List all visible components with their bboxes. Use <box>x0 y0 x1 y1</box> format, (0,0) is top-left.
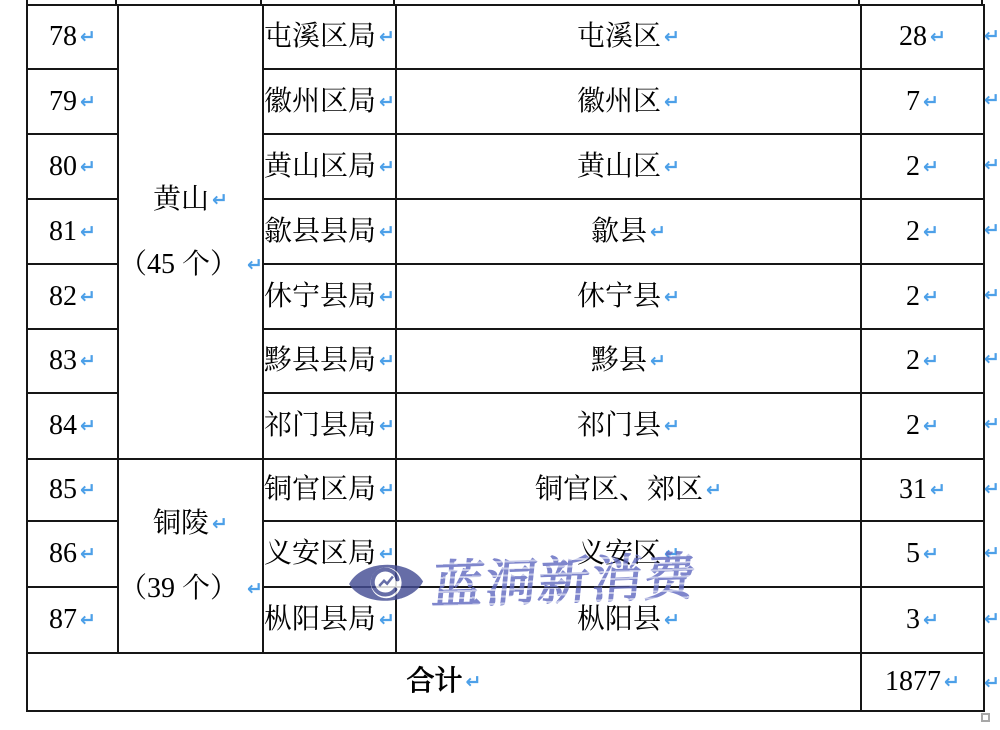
city-group-count-line: （45 个）↵ <box>119 232 262 297</box>
cell-total-label: 合计↵ <box>27 653 861 711</box>
district-name: 黄山区 <box>577 151 661 182</box>
cell-row-number: 82↵ <box>27 264 118 329</box>
row-number: 80 <box>49 151 77 182</box>
table-row: 85↵ 铜陵↵ （39 个）↵ 铜官区局↵ 铜官区、郊区↵ 31↵ <box>27 459 984 521</box>
district-name: 休宁县 <box>577 281 661 312</box>
city-group-count: （45 个） <box>119 249 238 280</box>
paragraph-mark-icon: ↵ <box>80 26 96 49</box>
region-count-table: 78↵ 黄山↵ （45 个）↵ 屯溪区局↵ 屯溪区↵ 28↵ 79↵ 徽州区局↵… <box>26 4 985 712</box>
row-number: 81 <box>49 216 77 247</box>
paragraph-mark-icon: ↵ <box>650 350 666 373</box>
paragraph-mark-icon: ↵ <box>944 671 960 694</box>
cell-district: 黟县↵ <box>396 329 861 393</box>
cell-bureau: 枞阳县局↵ <box>263 587 396 653</box>
paragraph-mark-icon: ↵ <box>930 479 946 502</box>
cell-district: 休宁县↵ <box>396 264 861 329</box>
paragraph-mark-icon: ↵ <box>923 91 939 114</box>
paragraph-mark-icon: ↵ <box>379 543 395 566</box>
district-name: 祁门县 <box>577 410 661 441</box>
bureau-name: 黄山区局 <box>264 151 376 182</box>
paragraph-mark-icon: ↵ <box>664 286 680 309</box>
cell-row-number: 83↵ <box>27 329 118 393</box>
paragraph-mark-icon: ↵ <box>664 415 680 438</box>
cell-count: 3↵ <box>861 587 984 653</box>
paragraph-mark-icon: ↵ <box>923 221 939 244</box>
end-of-row-mark-icon: ↵ <box>984 154 1000 176</box>
cell-district: 枞阳县↵ <box>396 587 861 653</box>
paragraph-mark-icon: ↵ <box>80 415 96 438</box>
end-of-row-mark-icon: ↵ <box>984 608 1000 630</box>
table-resize-handle[interactable] <box>981 713 990 722</box>
paragraph-mark-icon: ↵ <box>379 415 395 438</box>
cell-count: 2↵ <box>861 134 984 199</box>
end-of-row-mark-icon: ↵ <box>984 284 1000 306</box>
paragraph-mark-icon: ↵ <box>923 350 939 373</box>
count-value: 5 <box>906 538 920 569</box>
paragraph-mark-icon: ↵ <box>923 609 939 632</box>
bureau-name: 祁门县局 <box>264 410 376 441</box>
cell-district: 黄山区↵ <box>396 134 861 199</box>
cell-city-group-huangshan: 黄山↵ （45 个）↵ <box>118 5 263 459</box>
cell-row-number: 86↵ <box>27 521 118 587</box>
district-name: 枞阳县 <box>577 604 661 635</box>
row-number: 84 <box>49 410 77 441</box>
paragraph-mark-icon: ↵ <box>664 26 680 49</box>
bureau-name: 休宁县局 <box>264 281 376 312</box>
paragraph-mark-icon: ↵ <box>247 557 263 622</box>
cell-count: 31↵ <box>861 459 984 521</box>
district-name: 歙县 <box>591 216 647 247</box>
count-value: 28 <box>899 21 927 52</box>
district-name: 黟县 <box>591 345 647 376</box>
paragraph-mark-icon: ↵ <box>923 156 939 179</box>
cell-count: 28↵ <box>861 5 984 69</box>
city-group-name: 黄山 <box>153 184 209 215</box>
paragraph-mark-icon: ↵ <box>923 543 939 566</box>
city-group-name: 铜陵 <box>153 508 209 539</box>
cell-row-number: 78↵ <box>27 5 118 69</box>
cell-bureau: 铜官区局↵ <box>263 459 396 521</box>
cell-district: 屯溪区↵ <box>396 5 861 69</box>
district-name: 义安区 <box>577 538 661 569</box>
paragraph-mark-icon: ↵ <box>379 156 395 179</box>
end-of-row-mark-icon: ↵ <box>984 478 1000 500</box>
count-value: 2 <box>906 216 920 247</box>
cell-row-number: 87↵ <box>27 587 118 653</box>
end-of-row-mark-icon: ↵ <box>984 542 1000 564</box>
cell-district: 歙县↵ <box>396 199 861 264</box>
total-value: 1877 <box>885 666 941 697</box>
row-number: 82 <box>49 281 77 312</box>
cell-count: 7↵ <box>861 69 984 134</box>
count-value: 31 <box>899 474 927 505</box>
end-of-row-mark-icon: ↵ <box>984 413 1000 435</box>
row-number: 83 <box>49 345 77 376</box>
end-of-row-mark-icon: ↵ <box>984 25 1000 47</box>
bureau-name: 歙县县局 <box>264 216 376 247</box>
bureau-name: 屯溪区局 <box>264 21 376 52</box>
cell-row-number: 84↵ <box>27 393 118 459</box>
count-value: 2 <box>906 345 920 376</box>
paragraph-mark-icon: ↵ <box>379 609 395 632</box>
paragraph-mark-icon: ↵ <box>80 609 96 632</box>
paragraph-mark-icon: ↵ <box>664 543 680 566</box>
paragraph-mark-icon: ↵ <box>212 168 228 233</box>
cell-district: 徽州区↵ <box>396 69 861 134</box>
row-number: 79 <box>49 86 77 117</box>
paragraph-mark-icon: ↵ <box>664 91 680 114</box>
count-value: 7 <box>906 86 920 117</box>
cell-count: 2↵ <box>861 264 984 329</box>
cell-bureau: 休宁县局↵ <box>263 264 396 329</box>
total-label: 合计 <box>407 666 463 697</box>
city-group-name-line: 黄山↵ <box>119 167 262 232</box>
cell-row-number: 79↵ <box>27 69 118 134</box>
paragraph-mark-icon: ↵ <box>212 492 228 557</box>
paragraph-mark-icon: ↵ <box>923 286 939 309</box>
paragraph-mark-icon: ↵ <box>379 221 395 244</box>
end-of-row-mark-icon: ↵ <box>984 672 1000 694</box>
cell-row-number: 80↵ <box>27 134 118 199</box>
count-value: 2 <box>906 410 920 441</box>
cell-bureau: 屯溪区局↵ <box>263 5 396 69</box>
district-name: 徽州区 <box>577 86 661 117</box>
paragraph-mark-icon: ↵ <box>466 671 482 694</box>
cell-row-number: 81↵ <box>27 199 118 264</box>
cell-row-number: 85↵ <box>27 459 118 521</box>
cell-district: 铜官区、郊区↵ <box>396 459 861 521</box>
paragraph-mark-icon: ↵ <box>664 609 680 632</box>
cell-count: 2↵ <box>861 329 984 393</box>
row-number: 87 <box>49 604 77 635</box>
total-row: 合计↵ 1877↵ <box>27 653 984 711</box>
row-number: 78 <box>49 21 77 52</box>
bureau-name: 黟县县局 <box>264 345 376 376</box>
bureau-name: 义安区局 <box>264 538 376 569</box>
paragraph-mark-icon: ↵ <box>80 91 96 114</box>
cell-count: 2↵ <box>861 393 984 459</box>
paragraph-mark-icon: ↵ <box>80 543 96 566</box>
count-value: 2 <box>906 151 920 182</box>
cell-district: 义安区↵ <box>396 521 861 587</box>
count-value: 2 <box>906 281 920 312</box>
bureau-name: 徽州区局 <box>264 86 376 117</box>
row-number: 85 <box>49 474 77 505</box>
count-value: 3 <box>906 604 920 635</box>
city-group-count: （39 个） <box>119 573 238 604</box>
paragraph-mark-icon: ↵ <box>379 350 395 373</box>
cell-bureau: 义安区局↵ <box>263 521 396 587</box>
paragraph-mark-icon: ↵ <box>664 156 680 179</box>
paragraph-mark-icon: ↵ <box>379 91 395 114</box>
paragraph-mark-icon: ↵ <box>930 26 946 49</box>
district-name: 铜官区、郊区 <box>535 474 703 505</box>
paragraph-mark-icon: ↵ <box>80 350 96 373</box>
paragraph-mark-icon: ↵ <box>706 479 722 502</box>
end-of-row-mark-icon: ↵ <box>984 89 1000 111</box>
cell-count: 5↵ <box>861 521 984 587</box>
bureau-name: 铜官区局 <box>264 474 376 505</box>
paragraph-mark-icon: ↵ <box>379 26 395 49</box>
paragraph-mark-icon: ↵ <box>80 156 96 179</box>
paragraph-mark-icon: ↵ <box>923 415 939 438</box>
city-group-count-line: （39 个）↵ <box>119 556 262 621</box>
bureau-name: 枞阳县局 <box>264 604 376 635</box>
cell-city-group-tongling: 铜陵↵ （39 个）↵ <box>118 459 263 653</box>
district-name: 屯溪区 <box>577 21 661 52</box>
cell-bureau: 歙县县局↵ <box>263 199 396 264</box>
end-of-row-mark-icon: ↵ <box>984 219 1000 241</box>
cell-bureau: 徽州区局↵ <box>263 69 396 134</box>
table-row: 78↵ 黄山↵ （45 个）↵ 屯溪区局↵ 屯溪区↵ 28↵ <box>27 5 984 69</box>
cell-bureau: 黄山区局↵ <box>263 134 396 199</box>
paragraph-mark-icon: ↵ <box>379 479 395 502</box>
cell-district: 祁门县↵ <box>396 393 861 459</box>
city-group-name-line: 铜陵↵ <box>119 491 262 556</box>
paragraph-mark-icon: ↵ <box>247 233 263 298</box>
paragraph-mark-icon: ↵ <box>379 286 395 309</box>
paragraph-mark-icon: ↵ <box>80 221 96 244</box>
paragraph-mark-icon: ↵ <box>80 479 96 502</box>
row-number: 86 <box>49 538 77 569</box>
paragraph-mark-icon: ↵ <box>650 221 666 244</box>
end-of-row-mark-icon: ↵ <box>984 348 1000 370</box>
paragraph-mark-icon: ↵ <box>80 286 96 309</box>
cell-bureau: 祁门县局↵ <box>263 393 396 459</box>
cell-count: 2↵ <box>861 199 984 264</box>
cell-total-count: 1877↵ <box>861 653 984 711</box>
cell-bureau: 黟县县局↵ <box>263 329 396 393</box>
